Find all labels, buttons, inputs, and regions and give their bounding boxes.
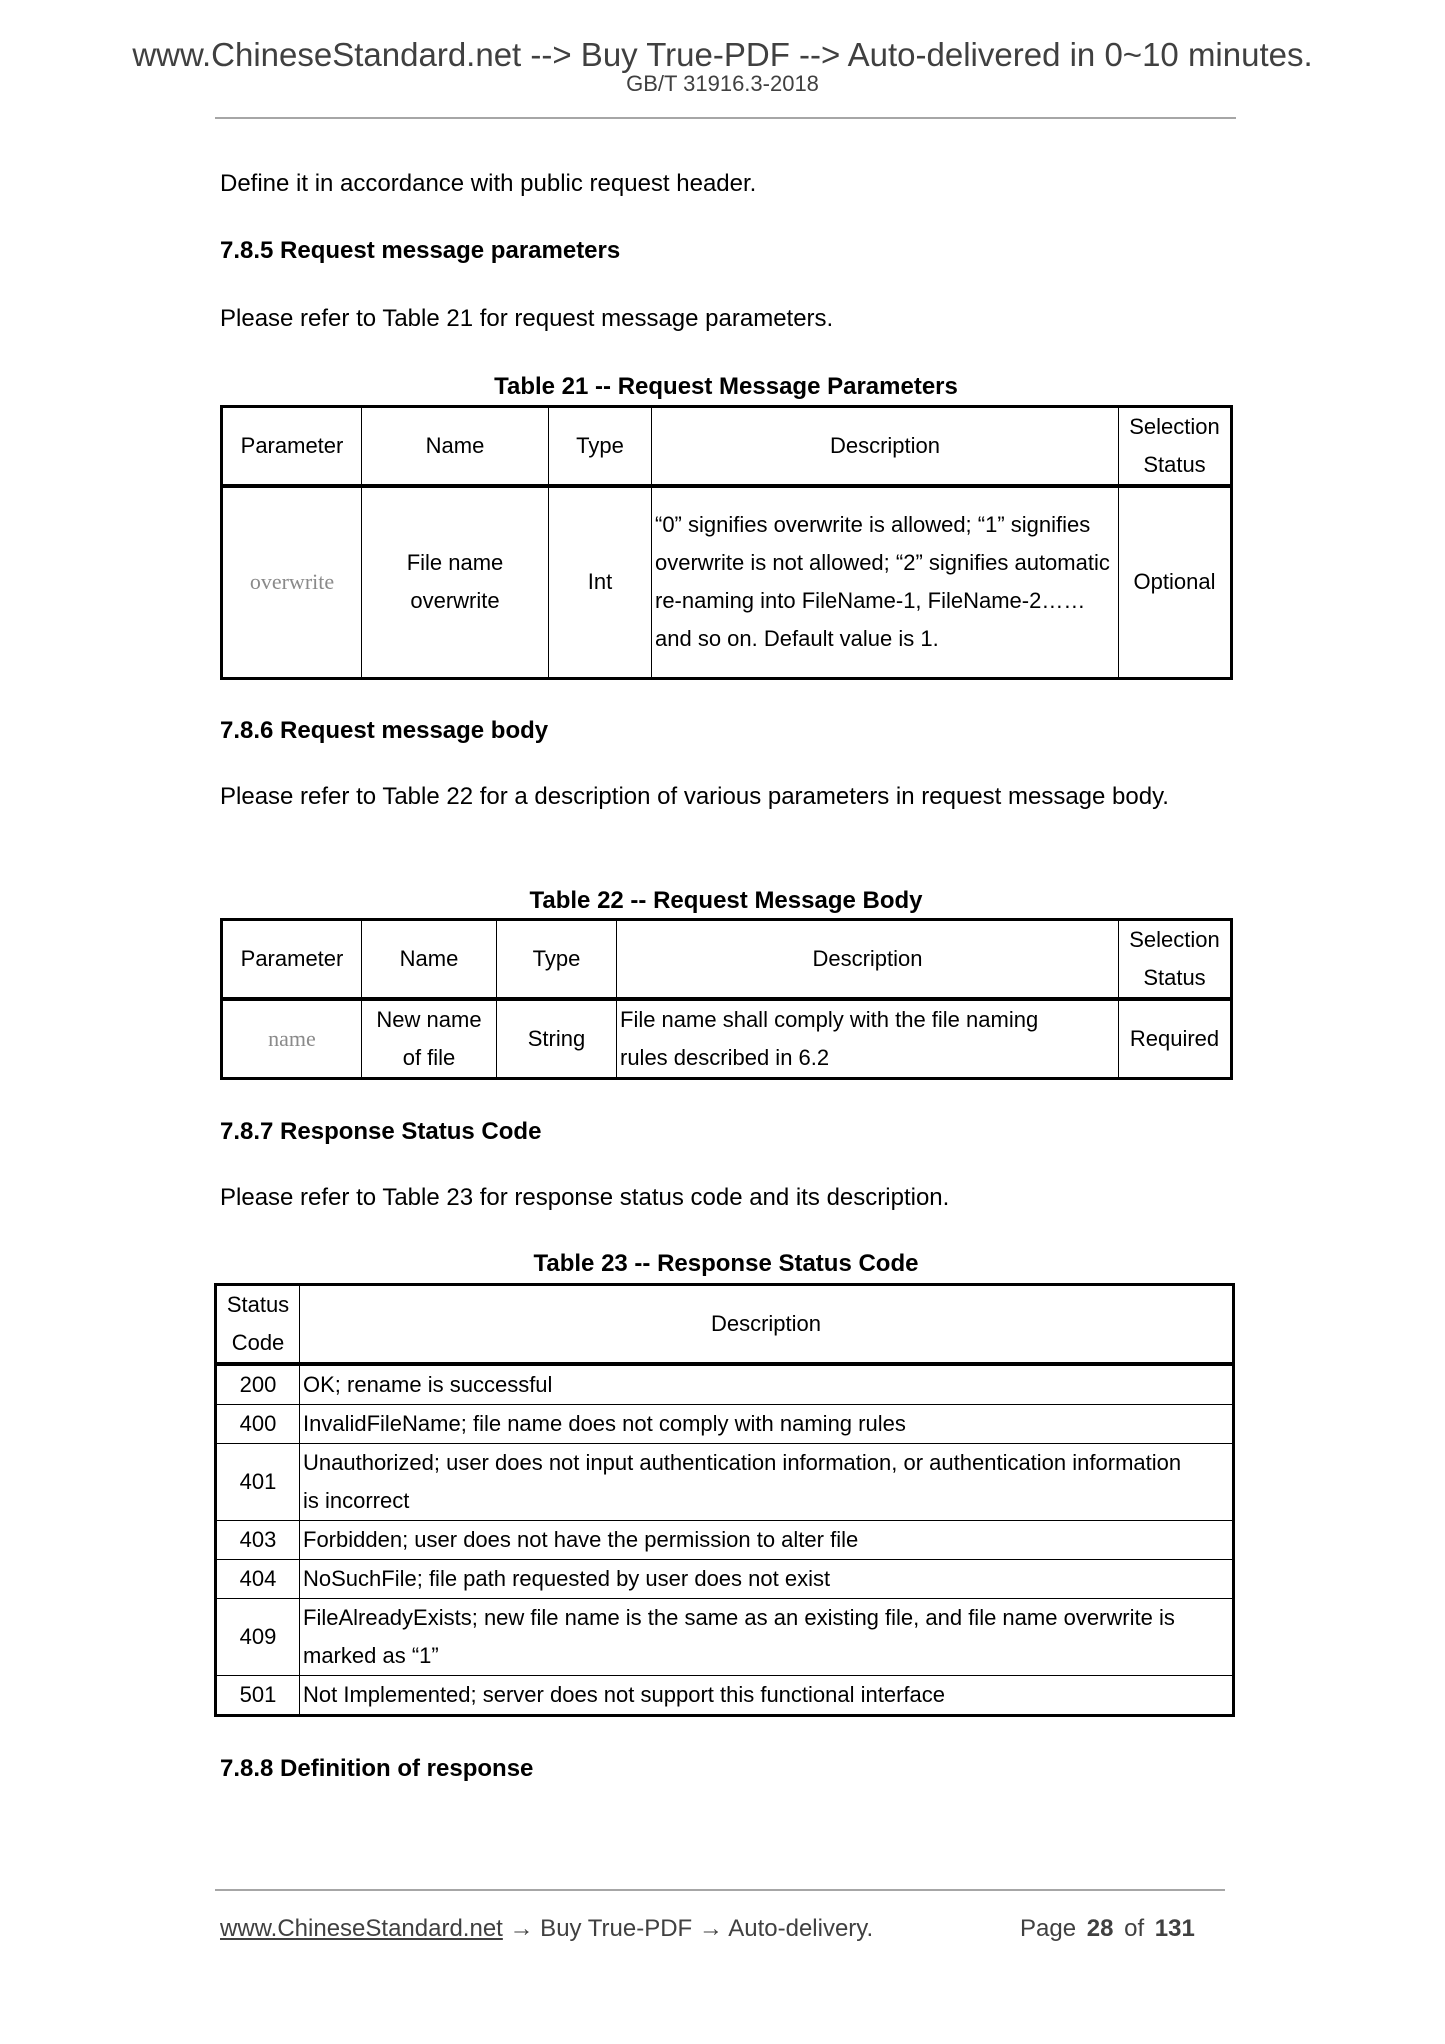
column-header: Parameter (222, 407, 362, 487)
status-description-cell: NoSuchFile; file path requested by user … (300, 1560, 1234, 1599)
column-header: Type (549, 407, 652, 487)
table-row: overwrite File name overwrite Int “0” si… (222, 486, 1232, 678)
header-rule (215, 117, 1236, 119)
status-description-cell: FileAlreadyExists; new file name is the … (300, 1599, 1234, 1676)
status-code-cell: 401 (216, 1444, 300, 1521)
status-code-cell: 404 (216, 1560, 300, 1599)
page-total: 131 (1155, 1915, 1195, 1942)
column-header: Selection Status (1119, 407, 1232, 487)
intro-text: Define it in accordance with public requ… (220, 165, 1232, 203)
table-row: 404NoSuchFile; file path requested by us… (216, 1560, 1234, 1599)
column-header: Name (362, 407, 549, 487)
name-cell: New name of file (362, 999, 497, 1079)
page-current: 28 (1087, 1915, 1114, 1942)
table-row: 200OK; rename is successful (216, 1364, 1234, 1405)
status-description-cell: Unauthorized; user does not input authen… (300, 1444, 1234, 1521)
table-23-caption: Table 23 -- Response Status Code (220, 1249, 1232, 1279)
table-row: 400InvalidFileName; file name does not c… (216, 1405, 1234, 1444)
parameter-cell: name (222, 999, 362, 1079)
table-row: 501Not Implemented; server does not supp… (216, 1676, 1234, 1716)
status-code-cell: 403 (216, 1521, 300, 1560)
banner-text: www.ChineseStandard.net --> Buy True-PDF… (0, 36, 1445, 74)
name-cell: File name overwrite (362, 486, 549, 678)
page-label: Page (1020, 1915, 1076, 1942)
section-heading-7-8-8: 7.8.8 Definition of response (220, 1754, 533, 1784)
status-code-cell: 200 (216, 1364, 300, 1405)
column-header: Selection Status (1119, 920, 1232, 1000)
table-row: 401Unauthorized; user does not input aut… (216, 1444, 1234, 1521)
status-description-cell: InvalidFileName; file name does not comp… (300, 1405, 1234, 1444)
type-cell: Int (549, 486, 652, 678)
description-cell: “0” signifies overwrite is allowed; “1” … (652, 486, 1119, 678)
footer-rule (215, 1889, 1225, 1891)
standard-id: GB/T 31916.3-2018 (0, 72, 1445, 96)
page-indicator: Page 28 of 131 (1020, 1914, 1195, 1944)
column-header: Name (362, 920, 497, 1000)
table-row: 403Forbidden; user does not have the per… (216, 1521, 1234, 1560)
status-cell: Optional (1119, 486, 1232, 678)
table-22: Parameter Name Type Description Selectio… (220, 918, 1233, 1080)
status-code-cell: 501 (216, 1676, 300, 1716)
section-text-7-8-5: Please refer to Table 21 for request mes… (220, 300, 1232, 338)
parameter-cell: overwrite (222, 486, 362, 678)
table-21-caption: Table 21 -- Request Message Parameters (220, 372, 1232, 402)
status-description-cell: Forbidden; user does not have the permis… (300, 1521, 1234, 1560)
status-code-cell: 400 (216, 1405, 300, 1444)
column-header: Type (497, 920, 617, 1000)
table-21: Parameter Name Type Description Selectio… (220, 405, 1233, 680)
footer-link[interactable]: www.ChineseStandard.net (220, 1915, 503, 1942)
footer-text: www.ChineseStandard.net → Buy True-PDF →… (220, 1914, 873, 1944)
section-text-7-8-7: Please refer to Table 23 for response st… (220, 1179, 1232, 1217)
status-description-cell: Not Implemented; server does not support… (300, 1676, 1234, 1716)
section-text-7-8-6: Please refer to Table 22 for a descripti… (220, 778, 1232, 816)
table-row: 409FileAlreadyExists; new file name is t… (216, 1599, 1234, 1676)
column-header: Status Code (216, 1285, 300, 1365)
status-description-cell: OK; rename is successful (300, 1364, 1234, 1405)
section-heading-7-8-7: 7.8.7 Response Status Code (220, 1117, 541, 1147)
table-23: Status Code Description 200OK; rename is… (214, 1283, 1235, 1717)
column-header: Description (617, 920, 1119, 1000)
section-heading-7-8-6: 7.8.6 Request message body (220, 716, 548, 746)
footer-tagline: → Buy True-PDF → Auto-delivery. (503, 1915, 873, 1942)
status-code-cell: 409 (216, 1599, 300, 1676)
table-22-caption: Table 22 -- Request Message Body (220, 886, 1232, 916)
column-header: Description (652, 407, 1119, 487)
section-heading-7-8-5: 7.8.5 Request message parameters (220, 236, 620, 266)
table-row: name New name of file String File name s… (222, 999, 1232, 1079)
column-header: Description (300, 1285, 1234, 1365)
type-cell: String (497, 999, 617, 1079)
status-cell: Required (1119, 999, 1232, 1079)
column-header: Parameter (222, 920, 362, 1000)
description-cell: File name shall comply with the file nam… (617, 999, 1119, 1079)
page-of: of (1124, 1915, 1144, 1942)
